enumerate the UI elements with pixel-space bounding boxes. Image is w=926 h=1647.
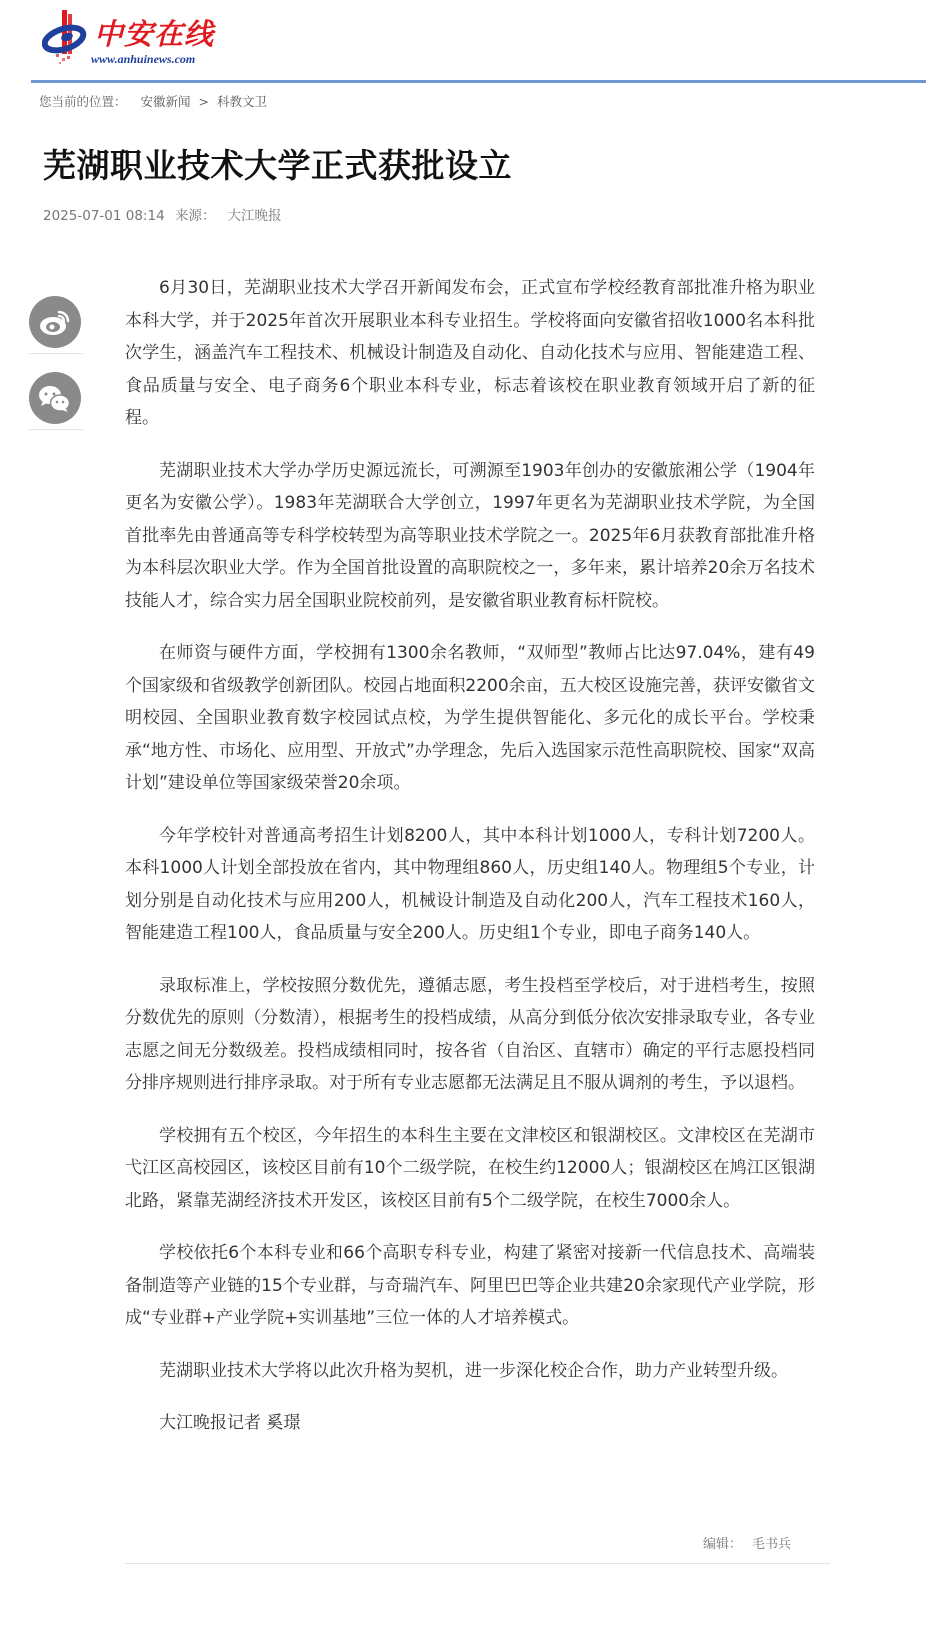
logo-title: 中安在线 <box>94 12 214 53</box>
logo-mark-icon <box>42 8 92 66</box>
share-divider <box>29 353 83 354</box>
breadcrumb-link-anhui-news[interactable]: 安徽新闻 <box>141 94 191 109</box>
weibo-icon <box>29 296 81 348</box>
article-paragraph: 学校依托6个本科专业和66个高职专科专业，构建了紧密对接新一代信息技术、高端装备… <box>125 1237 815 1335</box>
share-sidebar <box>29 296 83 448</box>
share-weibo-button[interactable] <box>29 296 81 348</box>
reporter-byline: 大江晚报记者 奚璟 <box>125 1407 815 1440</box>
source-label: 来源： <box>175 208 216 224</box>
editor-label: 编辑： <box>703 1537 742 1552</box>
article-paragraph: 6月30日，芜湖职业技术大学召开新闻发布会，正式宣布学校经教育部批准升格为职业本… <box>125 272 815 435</box>
site-header: 中安在线 www.anhuinews.com <box>0 0 926 82</box>
site-logo[interactable]: 中安在线 www.anhuinews.com <box>42 8 217 68</box>
article-paragraph: 录取标准上，学校按照分数优先，遵循志愿，考生投档至学校后，对于进档考生，按照分数… <box>125 970 815 1100</box>
article-paragraph: 学校拥有五个校区，今年招生的本科生主要在文津校区和银湖校区。文津校区在芜湖市弋江… <box>125 1120 815 1218</box>
article-meta: 2025-07-01 08:14 来源：大江晚报 <box>43 204 287 224</box>
share-divider <box>29 429 83 430</box>
page-title: 芜湖职业技术大学正式获批设立 <box>43 140 512 187</box>
publish-datetime: 2025-07-01 08:14 <box>43 208 165 224</box>
article-paragraph: 今年学校针对普通高考招生计划8200人，其中本科计划1000人，专科计划7200… <box>125 820 815 950</box>
article-paragraph: 芜湖职业技术大学将以此次升格为契机，进一步深化校企合作，助力产业转型升级。 <box>125 1355 815 1388</box>
wechat-icon <box>29 372 81 424</box>
logo-url: www.anhuinews.com <box>91 52 195 67</box>
footer-divider <box>125 1563 830 1564</box>
breadcrumb: 您当前的位置： 安徽新闻 > 科教文卫 <box>39 92 267 110</box>
breadcrumb-prefix: 您当前的位置： <box>39 94 127 109</box>
breadcrumb-separator: > <box>199 94 209 109</box>
article-body: 6月30日，芜湖职业技术大学召开新闻发布会，正式宣布学校经教育部批准升格为职业本… <box>125 272 815 1460</box>
article-paragraph: 芜湖职业技术大学办学历史源远流长，可溯源至1903年创办的安徽旅湘公学（1904… <box>125 455 815 618</box>
header-divider <box>31 80 926 83</box>
editor-name: 毛书兵 <box>752 1537 791 1552</box>
breadcrumb-link-science-education[interactable]: 科教文卫 <box>217 94 267 109</box>
article-paragraph: 在师资与硬件方面，学校拥有1300余名教师，“双师型”教师占比达97.04%，建… <box>125 637 815 800</box>
share-wechat-button[interactable] <box>29 372 81 424</box>
editor-credit: 编辑：毛书兵 <box>703 1533 791 1552</box>
source-name: 大江晚报 <box>227 208 281 224</box>
